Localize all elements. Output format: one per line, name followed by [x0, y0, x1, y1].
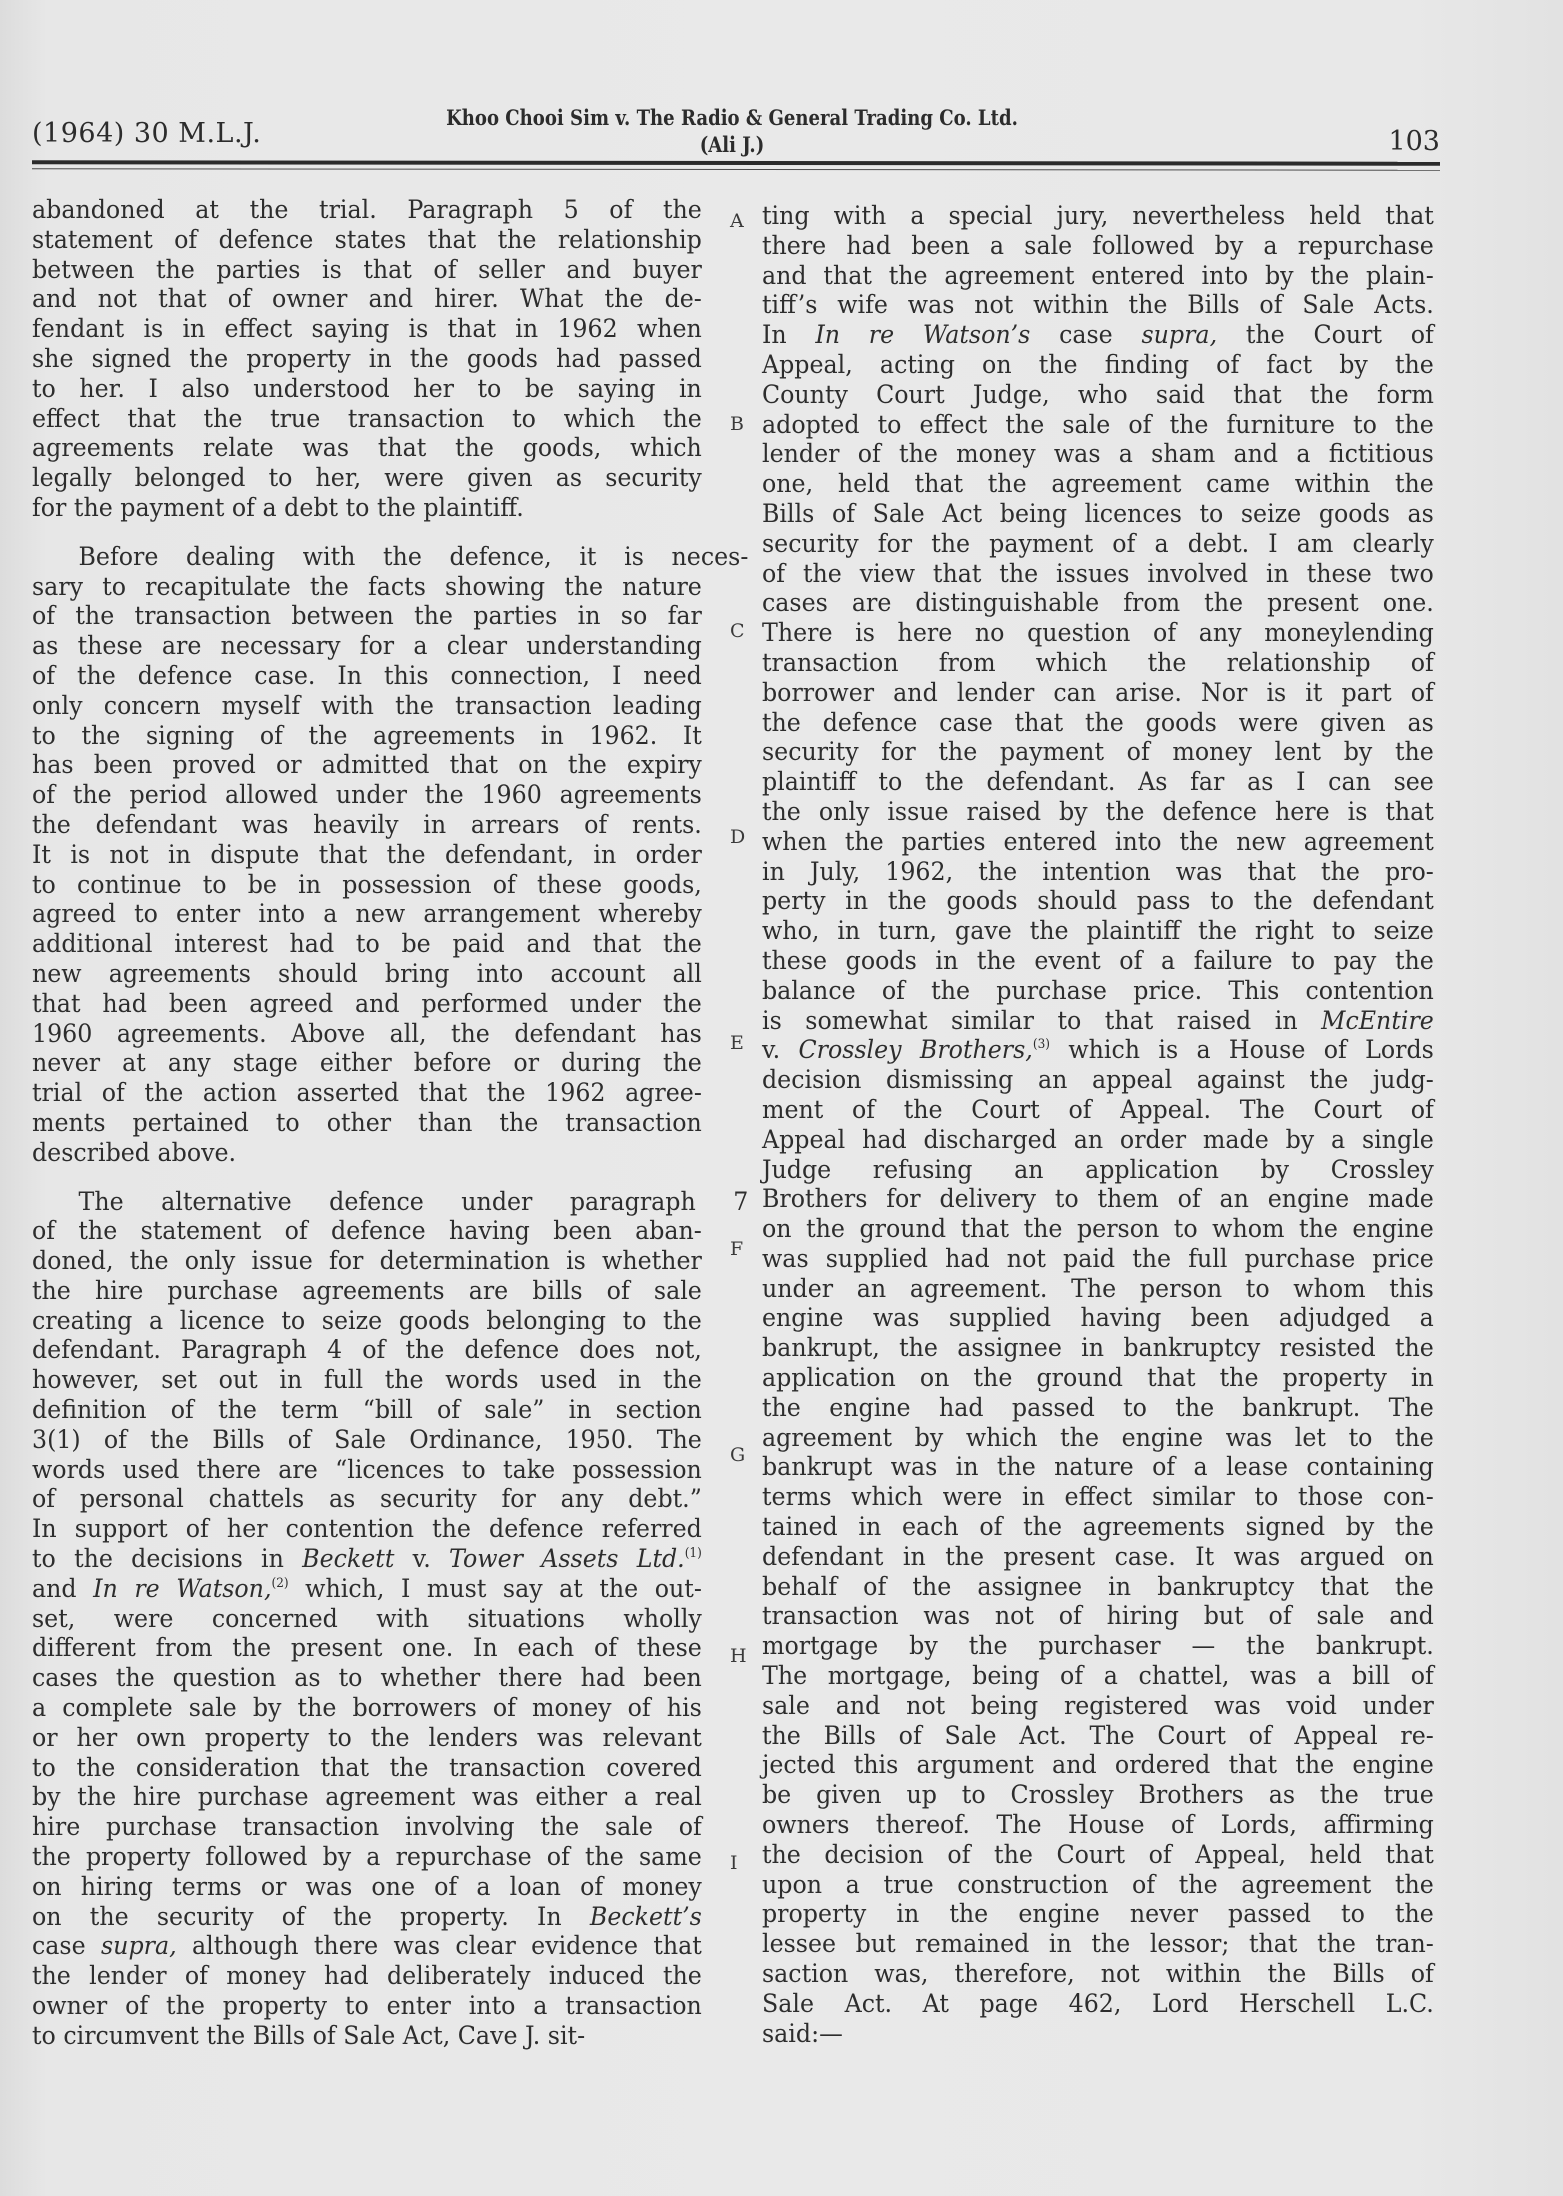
text-line: security for the payment of a debt. I am… [762, 530, 1434, 560]
margin-section-letter: D [730, 826, 745, 848]
text-line: Appeal, acting on the finding of fact by… [762, 351, 1434, 381]
text-line: saction was, therefore, not within the B… [762, 1960, 1434, 1990]
text-line: tiff’s wife was not within the Bills of … [762, 291, 1434, 321]
text-line: behalf of the assignee in bankruptcy tha… [762, 1573, 1434, 1603]
text-line: on the ground that the person to whom th… [762, 1215, 1434, 1245]
document-page: (1964) 30 M.L.J. Khoo Chooi Sim v. The R… [0, 0, 1563, 2196]
text-line: however, set out in full the words used … [32, 1366, 702, 1396]
text-line: when the parties entered into the new ag… [762, 828, 1434, 858]
text-line: agreement by which the engine was let to… [762, 1424, 1434, 1454]
text-line: In In re Watson’s case supra, the Court … [762, 321, 1434, 351]
journal-citation: (1964) 30 M.L.J. [32, 118, 261, 149]
text-line: Appeal had discharged an order made by a… [762, 1126, 1434, 1156]
text-line: different from the present one. In each … [32, 1634, 702, 1664]
text-line: said:— [762, 2020, 1434, 2050]
text-line: to the signing of the agreements in 1962… [32, 722, 702, 752]
text-line: It is not in dispute that the defendant,… [32, 841, 702, 871]
text-line: creating a licence to seize goods belong… [32, 1307, 702, 1337]
text-line: of personal chattels as security for any… [32, 1485, 702, 1515]
text-line: of the transaction between the parties i… [32, 602, 702, 632]
margin-section-letter: E [730, 1032, 744, 1054]
text-line: by the hire purchase agreement was eithe… [32, 1783, 702, 1813]
judge-name: (Ali J.) [388, 131, 1076, 158]
text-line: doned, the only issue for determination … [32, 1247, 702, 1277]
italic-case-name: Beckett’s [590, 1902, 702, 1932]
footnote-reference: (3) [1033, 1037, 1050, 1052]
italic-case-name: In re Watson’s [815, 320, 1030, 350]
margin-section-letter: I [730, 1852, 738, 1874]
text-line: to continue to be in possession of these… [32, 871, 702, 901]
paragraph: Before dealing with the defence, it is n… [32, 543, 702, 1169]
text-line: the defence case that the goods were giv… [762, 709, 1434, 739]
page-number: 103 [1388, 126, 1440, 157]
text-line: The mortgage, being of a chattel, was a … [762, 1662, 1434, 1692]
text-line: defendant. Paragraph 4 of the defence do… [32, 1336, 702, 1366]
margin-section-letter: C [730, 620, 745, 642]
text-line: Bills of Sale Act being licences to seiz… [762, 500, 1434, 530]
italic-case-name: In re Watson, [93, 1574, 271, 1604]
text-line: these goods in the event of a failure to… [762, 947, 1434, 977]
text-line: There is here no question of any moneyle… [762, 619, 1434, 649]
text-line: statement of defence states that the rel… [32, 226, 702, 256]
text-line: and that the agreement entered into by t… [762, 262, 1434, 292]
text-line: the only issue raised by the defence her… [762, 798, 1434, 828]
text-line: that had been agreed and performed under… [32, 990, 702, 1020]
text-line: the lender of money had deliberately ind… [32, 1962, 702, 1992]
text-line: the property followed by a repurchase of… [32, 1843, 702, 1873]
text-line: County Court Judge, who said that the fo… [762, 381, 1434, 411]
text-line: as these are necessary for a clear under… [32, 632, 702, 662]
paragraph: The alternative defence under paragraph … [32, 1188, 702, 2052]
text-line: jected this argument and ordered that th… [762, 1751, 1434, 1781]
margin-section-letter: B [730, 413, 744, 435]
italic-case-name: Beckett [302, 1544, 394, 1574]
case-title-block: Khoo Chooi Sim v. The Radio & General Tr… [388, 104, 1076, 158]
text-line: for the payment of a debt to the plainti… [32, 494, 702, 524]
text-line: in July, 1962, the intention was that th… [762, 858, 1434, 888]
text-line: to the consideration that the transactio… [32, 1754, 702, 1784]
paragraph-gap [32, 524, 702, 543]
text-line: trial of the action asserted that the 19… [32, 1079, 702, 1109]
text-line: of the period allowed under the 1960 agr… [32, 781, 702, 811]
text-line: owner of the property to enter into a tr… [32, 1992, 702, 2022]
text-line: The alternative defence under paragraph … [32, 1188, 748, 1218]
text-line: upon a true construction of the agreemen… [762, 1871, 1434, 1901]
text-line: mortgage by the purchaser — the bankrupt… [762, 1632, 1434, 1662]
text-line: additional interest had to be paid and t… [32, 930, 702, 960]
text-line: Judge refusing an application by Crossle… [762, 1156, 1434, 1186]
text-line: and not that of owner and hirer. What th… [32, 285, 702, 315]
text-line: ments pertained to other than the transa… [32, 1109, 702, 1139]
text-line: never at any stage either before or duri… [32, 1049, 702, 1079]
text-line: adopted to effect the sale of the furnit… [762, 411, 1434, 441]
text-line: the Bills of Sale Act. The Court of Appe… [762, 1722, 1434, 1752]
text-line: of the view that the issues involved in … [762, 560, 1434, 590]
text-line: Brothers for delivery to them of an engi… [762, 1185, 1434, 1215]
text-line: to her. I also understood her to be sayi… [32, 375, 702, 405]
italic-case-name: Tower Assets Ltd. [449, 1544, 685, 1574]
text-line: described above. [32, 1139, 702, 1169]
text-line: definition of the term “bill of sale” in… [32, 1396, 702, 1426]
text-line: property in the engine never passed to t… [762, 1900, 1434, 1930]
text-line: cases the question as to whether there h… [32, 1664, 702, 1694]
text-line: on hiring terms or was one of a loan of … [32, 1873, 702, 1903]
text-line: of the defence case. In this connection,… [32, 662, 702, 692]
text-line: 1960 agreements. Above all, the defendan… [32, 1020, 702, 1050]
text-line: Sale Act. At page 462, Lord Herschell L.… [762, 1990, 1434, 2020]
case-title: Khoo Chooi Sim v. The Radio & General Tr… [388, 104, 1076, 131]
text-line: the hire purchase agreements are bills o… [32, 1277, 702, 1307]
text-line: has been proved or admitted that on the … [32, 751, 702, 781]
text-line: transaction from which the relationship … [762, 649, 1434, 679]
text-line: there had been a sale followed by a repu… [762, 232, 1434, 262]
text-line: to circumvent the Bills of Sale Act, Cav… [32, 2022, 702, 2052]
text-line: perty in the goods should pass to the de… [762, 887, 1434, 917]
text-line: lessee but remained in the lessor; that … [762, 1930, 1434, 1960]
right-column: ting with a special jury, nevertheless h… [762, 202, 1434, 2049]
margin-section-letter: H [730, 1645, 747, 1667]
text-line: cases are distinguishable from the prese… [762, 589, 1434, 619]
text-line: set, were concerned with situations whol… [32, 1605, 702, 1635]
text-line: bankrupt was in the nature of a lease co… [762, 1453, 1434, 1483]
text-line: balance of the purchase price. This cont… [762, 977, 1434, 1007]
left-column: abandoned at the trial. Paragraph 5 of t… [32, 196, 702, 2052]
footnote-reference: (1) [685, 1546, 702, 1561]
text-line: transaction was not of hiring but of sal… [762, 1602, 1434, 1632]
text-line: application on the ground that the prope… [762, 1364, 1434, 1394]
text-line: was supplied had not paid the full purch… [762, 1245, 1434, 1275]
text-line: abandoned at the trial. Paragraph 5 of t… [32, 196, 702, 226]
text-line: ting with a special jury, nevertheless h… [762, 202, 1434, 232]
italic-case-name: supra, [101, 1931, 177, 1961]
text-line: plaintiff to the defendant. As far as I … [762, 768, 1434, 798]
paragraph-gap [32, 1169, 702, 1188]
text-line: sary to recapitulate the facts showing t… [32, 573, 702, 603]
text-line: bankrupt, the assignee in bankruptcy res… [762, 1334, 1434, 1364]
text-line: hire purchase transaction involving the … [32, 1813, 702, 1843]
text-line: terms which were in effect similar to th… [762, 1483, 1434, 1513]
text-line: legally belonged to her, were given as s… [32, 464, 702, 494]
text-line: or her own property to the lenders was r… [32, 1724, 702, 1754]
text-line: In support of her contention the defence… [32, 1515, 702, 1545]
text-line: be given up to Crossley Brothers as the … [762, 1781, 1434, 1811]
text-line: who, in turn, gave the plaintiff the rig… [762, 917, 1434, 947]
text-line: a complete sale by the borrowers of mone… [32, 1694, 702, 1724]
text-line: ment of the Court of Appeal. The Court o… [762, 1096, 1434, 1126]
text-line: owners thereof. The House of Lords, affi… [762, 1811, 1434, 1841]
text-line: only concern myself with the transaction… [32, 692, 702, 722]
text-line: decision dismissing an appeal against th… [762, 1066, 1434, 1096]
text-line: agreements relate was that the goods, wh… [32, 434, 702, 464]
text-line: and In re Watson,(2) which, I must say a… [32, 1575, 702, 1605]
margin-section-letter: F [730, 1238, 743, 1260]
text-line: sale and not being registered was void u… [762, 1692, 1434, 1722]
footnote-reference: (2) [272, 1576, 289, 1591]
text-line: defendant in the present case. It was ar… [762, 1543, 1434, 1573]
text-line: the decision of the Court of Appeal, hel… [762, 1841, 1434, 1871]
text-line: case supra, although there was clear evi… [32, 1932, 702, 1962]
text-line: borrower and lender can arise. Nor is it… [762, 679, 1434, 709]
text-line: lender of the money was a sham and a fic… [762, 440, 1434, 470]
paragraph: abandoned at the trial. Paragraph 5 of t… [32, 196, 702, 524]
text-line: on the security of the property. In Beck… [32, 1903, 702, 1933]
text-line: she signed the property in the goods had… [32, 345, 702, 375]
text-line: is somewhat similar to that raised in Mc… [762, 1007, 1434, 1037]
margin-section-letter: A [730, 210, 744, 232]
text-line: to the decisions in Beckett v. Tower Ass… [32, 1545, 702, 1575]
italic-case-name: McEntire [1321, 1006, 1434, 1036]
margin-section-letter: G [730, 1444, 745, 1466]
text-line: Before dealing with the defence, it is n… [32, 543, 748, 573]
text-line: agreed to enter into a new arrangement w… [32, 900, 702, 930]
text-line: words used there are “licences to take p… [32, 1456, 702, 1486]
text-line: tained in each of the agreements signed … [762, 1513, 1434, 1543]
text-line: engine was supplied having been adjudged… [762, 1304, 1434, 1334]
text-line: fendant is in effect saying is that in 1… [32, 315, 702, 345]
text-line: of the statement of defence having been … [32, 1217, 702, 1247]
italic-case-name: Crossley Brothers, [798, 1035, 1032, 1065]
text-line: effect that the true transaction to whic… [32, 405, 702, 435]
text-line: the engine had passed to the bankrupt. T… [762, 1394, 1434, 1424]
text-line: new agreements should bring into account… [32, 960, 702, 990]
text-line: one, held that the agreement came within… [762, 470, 1434, 500]
text-line: under an agreement. The person to whom t… [762, 1275, 1434, 1305]
text-line: security for the payment of money lent b… [762, 738, 1434, 768]
text-line: v. Crossley Brothers,(3) which is a Hous… [762, 1036, 1434, 1066]
text-line: 3(1) of the Bills of Sale Ordinance, 195… [32, 1426, 702, 1456]
italic-case-name: supra, [1141, 320, 1217, 350]
text-line: between the parties is that of seller an… [32, 256, 702, 286]
text-line: the defendant was heavily in arrears of … [32, 811, 702, 841]
